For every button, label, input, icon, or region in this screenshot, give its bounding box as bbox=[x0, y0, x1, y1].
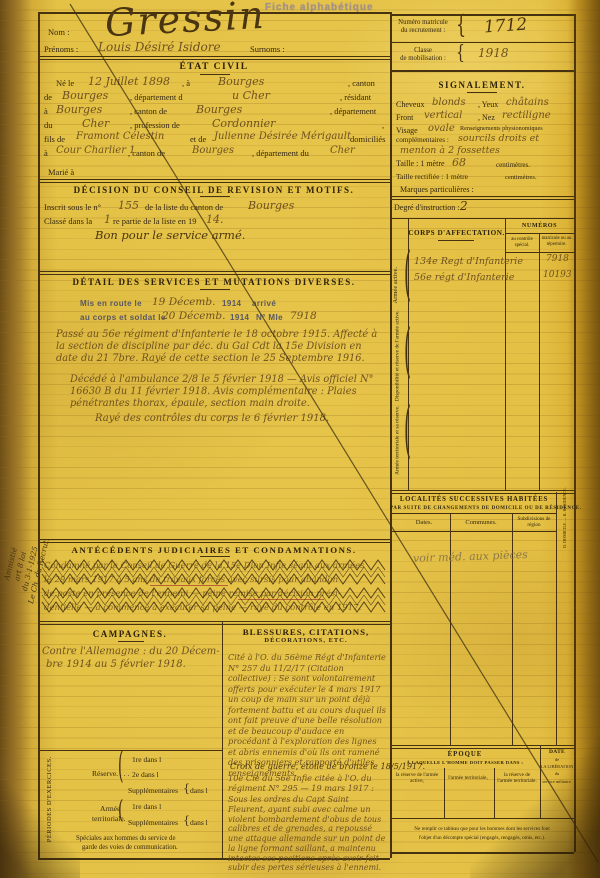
route-year: 1914 bbox=[222, 300, 241, 308]
marie-label: Marié à bbox=[48, 168, 74, 177]
periodes-t2b: dans l bbox=[190, 819, 208, 827]
corps-label: au corps et soldat le bbox=[80, 314, 166, 322]
corps-date: 20 Décemb. bbox=[162, 311, 225, 322]
classe-label-1: Classe bbox=[414, 47, 432, 54]
blessures-paragraph-1: Cité à l'O. du 56ème Régt d'Infanterie N… bbox=[228, 652, 386, 778]
ec-l4a: du bbox=[44, 121, 53, 130]
title-underline bbox=[467, 92, 497, 93]
taille-value: 68 bbox=[452, 157, 466, 168]
numeros-underline bbox=[505, 233, 574, 234]
left-box-left-border bbox=[38, 12, 40, 858]
decision-l1c: de la liste du canton de bbox=[145, 203, 223, 212]
signalement-title: SIGNALEMENT. bbox=[390, 81, 574, 90]
classe-value: 1918 bbox=[478, 47, 509, 59]
taille-unit: centimètres. bbox=[496, 162, 530, 169]
ec-l4e: , bbox=[382, 121, 384, 130]
degre-bottom-border bbox=[390, 218, 574, 219]
periodes-t2: Supplémentaires bbox=[128, 819, 178, 827]
front-value: vertical bbox=[424, 111, 462, 121]
epoque-col-line bbox=[444, 768, 445, 818]
ec-l4c: , profession de bbox=[130, 121, 180, 130]
campagnes-top-rule bbox=[38, 621, 390, 625]
etat-civil-top-rule bbox=[38, 56, 390, 60]
ec-l6b: Cour Charlier 1 bbox=[56, 146, 136, 156]
ec-l5d: Julienne Désirée Mérigault bbox=[214, 132, 351, 142]
right-box-top-border bbox=[390, 14, 574, 16]
brace: { bbox=[456, 12, 466, 38]
campagnes-entry-1: Contre l'Allemagne : du 20 Décem- bbox=[42, 647, 220, 657]
brace: ( bbox=[404, 325, 411, 383]
ec-l4b: Cher bbox=[82, 118, 109, 129]
corps-group-territoriale: Armée territoriale et sa réserve. bbox=[395, 400, 402, 480]
corps-group-disponibilite: Disponibilité et réserve de l'armée acti… bbox=[395, 321, 402, 401]
nez-label: , Nez bbox=[478, 114, 495, 122]
decision-l2a: Classé dans la bbox=[44, 217, 92, 226]
rens-label-1: Renseignements physionomiques bbox=[460, 126, 543, 132]
decision-note: Bon pour le service armé. bbox=[95, 230, 245, 242]
classe-label: Classede mobilisation : bbox=[392, 47, 454, 63]
yeux-value: châtains bbox=[506, 98, 549, 108]
ec-l2d: u Cher bbox=[232, 90, 270, 101]
brace: { bbox=[456, 43, 465, 63]
title-underline bbox=[200, 289, 230, 290]
nez-value: rectiligne bbox=[502, 111, 551, 121]
ec-l1a: Né le bbox=[56, 79, 74, 88]
ec-l3a: à bbox=[44, 107, 48, 116]
ec-l5c: et de bbox=[190, 135, 206, 144]
rens-value-2: menton à 2 fossettes bbox=[400, 146, 500, 156]
brace: ( bbox=[118, 798, 123, 823]
campagnes-blessures-divider bbox=[222, 621, 223, 858]
campagnes-title: CAMPAGNES. bbox=[38, 630, 222, 639]
corps-year: 1914 bbox=[230, 314, 249, 322]
services-paragraph-2: Décédé à l'ambulance 2/8 le 5 février 19… bbox=[70, 374, 386, 411]
classe-label-2: de mobilisation : bbox=[400, 55, 446, 62]
decision-l1b: 155 bbox=[118, 200, 139, 211]
services-paragraph-3: Rayé des contrôles du corps le 6 février… bbox=[95, 414, 329, 424]
bottom-left-shadow bbox=[0, 748, 80, 878]
title-underline bbox=[200, 556, 230, 557]
corps-entry-num: 7918 bbox=[546, 255, 569, 264]
title-underline bbox=[438, 240, 474, 241]
localites-col-dates: Dates. bbox=[398, 520, 450, 527]
antecedents-title: ANTÉCÉDENTS JUDICIAIRES ET CONDAMNATIONS… bbox=[38, 546, 390, 555]
blessures-title-2: DÉCORATIONS, ETC. bbox=[222, 638, 390, 645]
bottom-right-shadow bbox=[470, 708, 600, 878]
periodes-r3b: dans l bbox=[190, 787, 208, 795]
periodes-spec-2: garde des voies de communication. bbox=[82, 845, 178, 852]
antecedents-line: Condamné par le Conseil de Guerre de la … bbox=[44, 562, 365, 571]
corps-bottom-rule bbox=[390, 490, 574, 494]
red-underline bbox=[150, 585, 228, 586]
periodes-t1: 1re dans l bbox=[132, 803, 161, 811]
prenoms-value: Louis Désiré Isidore bbox=[98, 41, 221, 53]
localites-subtitle: PAR SUITE DE CHANGEMENTS DE DOMICILE OU … bbox=[390, 506, 558, 511]
arrive-label: arrivé bbox=[252, 300, 276, 308]
ec-l3d: Bourges bbox=[196, 104, 242, 115]
signalement-bottom-rule bbox=[390, 196, 574, 200]
route-label: Mis en route le bbox=[80, 300, 142, 308]
numeros-subheader-underline bbox=[505, 252, 574, 253]
ec-l4d: Cordonnier bbox=[212, 118, 275, 129]
periodes-spec-1: Spéciales aux hommes du service de bbox=[76, 836, 175, 843]
numeros-col-controle: au contrôle spécial. bbox=[506, 237, 538, 248]
localites-col-dr: D. DOMICILE — R. RÉSIDENCE. bbox=[563, 494, 567, 548]
taille-label: Taille : 1 mètre bbox=[396, 160, 445, 168]
marques-label: Marques particulières : bbox=[400, 186, 474, 194]
cheveux-value: blonds bbox=[432, 98, 466, 108]
services-paragraph-1: Passé au 56e régiment d'Infanterie le 18… bbox=[56, 329, 386, 366]
localites-col-line bbox=[450, 513, 451, 745]
mle-value: 7918 bbox=[290, 311, 317, 322]
ec-l6e: , département du bbox=[252, 149, 309, 158]
center-divider bbox=[390, 12, 392, 858]
ec-l6c: , canton de bbox=[128, 149, 165, 158]
nom-label: Nom : bbox=[48, 28, 70, 37]
title-underline bbox=[200, 196, 230, 197]
periodes-r1: 1re dans l bbox=[132, 756, 161, 764]
nom-value: Gressin bbox=[104, 0, 266, 42]
services-top-rule bbox=[38, 271, 390, 275]
blessures-title-1: BLESSURES, CITATIONS, bbox=[222, 628, 390, 637]
periodes-reserve-label: Réserve. . . . bbox=[92, 770, 129, 778]
matricule-divider bbox=[390, 42, 574, 43]
front-label: Front bbox=[396, 114, 413, 122]
brace: ( bbox=[404, 248, 411, 306]
localites-header-bottom bbox=[390, 531, 556, 532]
brace: ( bbox=[404, 402, 411, 463]
brace: { bbox=[183, 815, 190, 826]
antecedents-line: de poste en présence de l'ennemi — peine… bbox=[44, 590, 341, 599]
degre-value: 2 bbox=[460, 200, 468, 212]
decision-l1d: Bourges bbox=[248, 200, 294, 211]
numero-value: 1712 bbox=[483, 17, 527, 37]
cheveux-label: Cheveux bbox=[396, 101, 424, 109]
corps-entry-name: 56e régt d'Infanterie bbox=[414, 273, 514, 283]
decision-l1a: Inscrit sous le n° bbox=[44, 203, 101, 212]
periodes-r3: Supplémentaires bbox=[128, 787, 178, 795]
yeux-label: , Yeux bbox=[478, 101, 498, 109]
brace: { bbox=[183, 783, 190, 794]
mle-label: N° Mle bbox=[256, 314, 283, 322]
blessures-paragraph-4: Sous les ordres du Capt Saint Fleurent, … bbox=[228, 795, 386, 873]
ec-l5e: domiciliés bbox=[350, 135, 385, 144]
ec-l5b: Framont Célestin bbox=[76, 132, 164, 142]
ec-l1b: 12 Juillet 1898 bbox=[88, 76, 170, 87]
degre-label: Degré d'instruction : bbox=[394, 204, 459, 212]
decision-l2c: re partie de la liste en 19 bbox=[113, 217, 197, 226]
periodes-r2: 2e dans l bbox=[132, 771, 159, 779]
prenoms-label: Prénoms : bbox=[44, 45, 78, 54]
ec-l6d: Bourges bbox=[192, 146, 234, 156]
decision-top-rule bbox=[38, 179, 390, 183]
antecedents-line: le 29 mars 1917 à 5 ans de travaux forcé… bbox=[44, 576, 338, 585]
campagnes-entry-2: bre 1914 au 5 février 1918. bbox=[46, 660, 186, 670]
matricule-bottom-border bbox=[390, 70, 574, 72]
taille-rect-label: Taille rectifiée : 1 mètre bbox=[396, 173, 468, 181]
ec-l3e: , département bbox=[330, 107, 376, 116]
route-date: 19 Décemb. bbox=[152, 297, 215, 308]
ec-l2b: Bourges bbox=[62, 90, 108, 101]
ec-l2e: , résidant bbox=[340, 93, 371, 102]
numero-label: Numéro matriculedu recrutement : bbox=[392, 19, 454, 35]
visage-label: Visage bbox=[396, 127, 418, 135]
rens-label-2: complémentaires : bbox=[396, 137, 449, 144]
decision-l2b: 1 bbox=[104, 214, 111, 225]
numero-label-2: du recrutement : bbox=[401, 27, 446, 34]
localites-col-subdiv: Subdivisions de région bbox=[514, 517, 554, 529]
localites-header-rule bbox=[390, 513, 556, 514]
ec-l3c: , canton de bbox=[130, 107, 167, 116]
antecedents-line: dentielle — a commencé à exécuter sa pei… bbox=[44, 604, 361, 613]
ec-l2c: , département d bbox=[130, 93, 183, 102]
ec-l6f: Cher bbox=[330, 146, 355, 156]
ec-l2a: de bbox=[44, 93, 52, 102]
rens-value-1: sourcils droits et bbox=[458, 134, 539, 144]
visage-value: ovale bbox=[428, 124, 455, 134]
corps-group-armee-active: Armée active. bbox=[393, 255, 400, 315]
ec-l1e: , canton bbox=[348, 79, 375, 88]
corps-title: CORPS D'AFFECTATION. bbox=[408, 230, 505, 237]
ec-l1d: Bourges bbox=[218, 76, 264, 87]
title-underline bbox=[118, 641, 144, 642]
localites-title: LOCALITÉS SUCCESSIVES HABITÉES bbox=[390, 497, 558, 504]
ec-l1c: , à bbox=[182, 79, 190, 88]
epoque-col-1: la réserve de l'armée active, bbox=[394, 773, 440, 785]
services-title: DÉTAIL DES SERVICES ET MUTATIONS DIVERSE… bbox=[38, 278, 390, 287]
ec-l3b: Bourges bbox=[56, 104, 102, 115]
antecedents-top-rule bbox=[38, 539, 390, 543]
decision-title: DÉCISION DU CONSEIL DE REVISION ET MOTIF… bbox=[38, 186, 390, 195]
ec-l6a: à bbox=[44, 149, 48, 158]
etat-civil-title: ÉTAT CIVIL bbox=[38, 63, 390, 73]
surnoms-label: Surnoms : bbox=[250, 45, 285, 54]
register-page: Fiche alphabétique Nom : Gressin Prénoms… bbox=[0, 0, 600, 878]
numero-label-1: Numéro matricule bbox=[398, 19, 448, 26]
ec-l5a: fils de bbox=[44, 135, 65, 144]
red-underline bbox=[238, 599, 324, 600]
corps-entry-name: 134e Regt d'Infanterie bbox=[414, 257, 523, 267]
brace: ( bbox=[118, 749, 123, 785]
numeros-header: NUMÉROS bbox=[505, 223, 574, 229]
localites-col-communes: Communes. bbox=[452, 520, 510, 527]
decision-l2d: 14. bbox=[206, 214, 224, 225]
corps-col-line bbox=[539, 233, 540, 490]
taille-rect-unit: centimètres. bbox=[505, 175, 537, 182]
blessures-paragraph-3: 10e Cie du 56e Infie citée à l'O. du rég… bbox=[228, 773, 386, 794]
